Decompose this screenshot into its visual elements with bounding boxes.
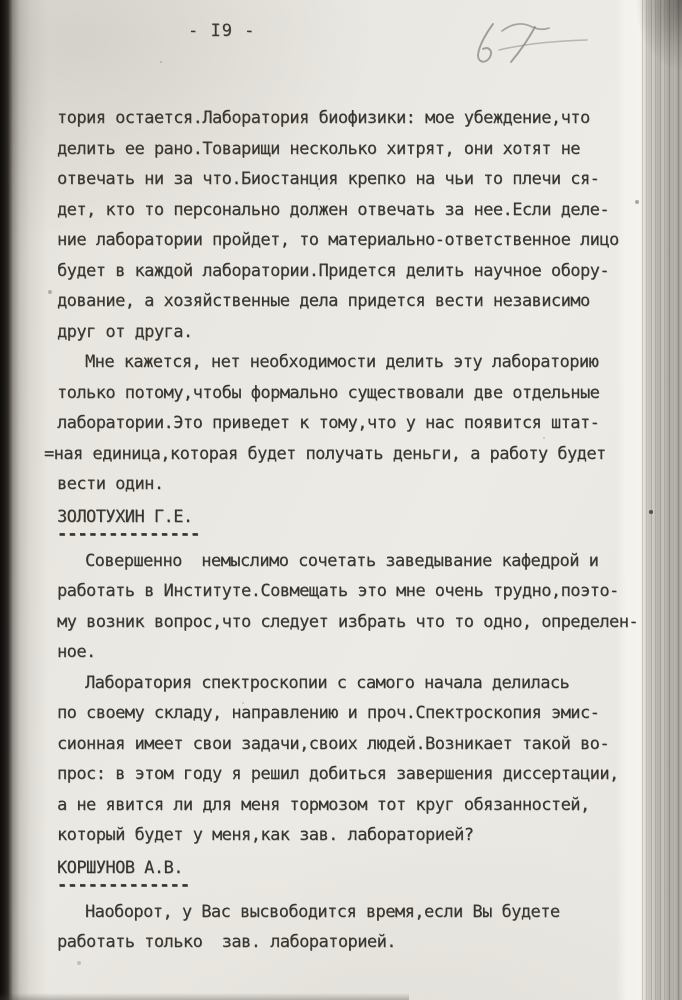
text-line: ное. [57, 637, 632, 668]
text-line: а не явится ли для меня тормозом тот кру… [57, 790, 632, 821]
speaker-section: КОРШУНОВ А.В.------------- [57, 857, 632, 892]
text-line: работать только зав. лабораторией. [57, 927, 632, 958]
text-line: сионная имеет свои задачи,своих людей.Во… [57, 729, 632, 760]
document-body: тория остается.Лаборатория биофизики: мо… [57, 103, 632, 958]
handwritten-page-number [440, 0, 605, 80]
book-binding-edge [0, 0, 48, 1000]
text-line: только потому,чтобы формально существова… [57, 378, 632, 409]
speaker-underline: -------------- [57, 528, 632, 541]
text-line: друг от друга. [57, 317, 632, 348]
text-line: отвечать ни за что.Биостанция крепко на … [57, 164, 632, 195]
text-line: лаборатории.Это приведет к тому,что у на… [57, 408, 632, 439]
paper-speckles [0, 0, 2, 2]
page-number: - I9 - [188, 21, 255, 41]
text-line: дет, кто то персонально должен отвечать … [57, 195, 632, 226]
text-line: по своему складу, направлению и проч.Спе… [57, 698, 632, 729]
text-line: будет в каждой лаборатории.Придется дели… [57, 256, 632, 287]
text-line: му возник вопрос,что следует избрать что… [57, 607, 632, 638]
speaker-underline: ------------- [57, 879, 632, 892]
text-line: вести один. [57, 469, 632, 500]
text-line: который будет у меня,как зав. лаборатори… [57, 820, 632, 851]
text-line: делить ее рано.Товарищи несколько хитрят… [57, 134, 632, 165]
bottom-edge-shadow [0, 993, 409, 1000]
text-line: ние лаборатории пройдет, то материально-… [57, 225, 632, 256]
text-line: тория остается.Лаборатория биофизики: мо… [57, 103, 632, 134]
text-line: Совершенно немыслимо сочетать заведывани… [57, 546, 632, 577]
speaker-section: ЗОЛОТУХИН Г.Е.-------------- [57, 506, 632, 541]
text-line: =ная единица,которая будет получать день… [44, 439, 632, 470]
text-line: Лаборатория спектроскопии с самого начал… [57, 668, 632, 699]
scanned-document-page: - I9 - тория остается.Лаборатория биофиз… [0, 0, 682, 1000]
text-line: прос: в этом году я решил добиться завер… [57, 759, 632, 790]
text-line: дование, а хозяйственные дела придется в… [57, 286, 632, 317]
text-line: Мне кажется, нет необходимости делить эт… [57, 347, 632, 378]
text-line: работать в Институте.Совмещать это мне о… [57, 576, 632, 607]
text-line: Наоборот, у Вас высвободится время,если … [57, 897, 632, 928]
